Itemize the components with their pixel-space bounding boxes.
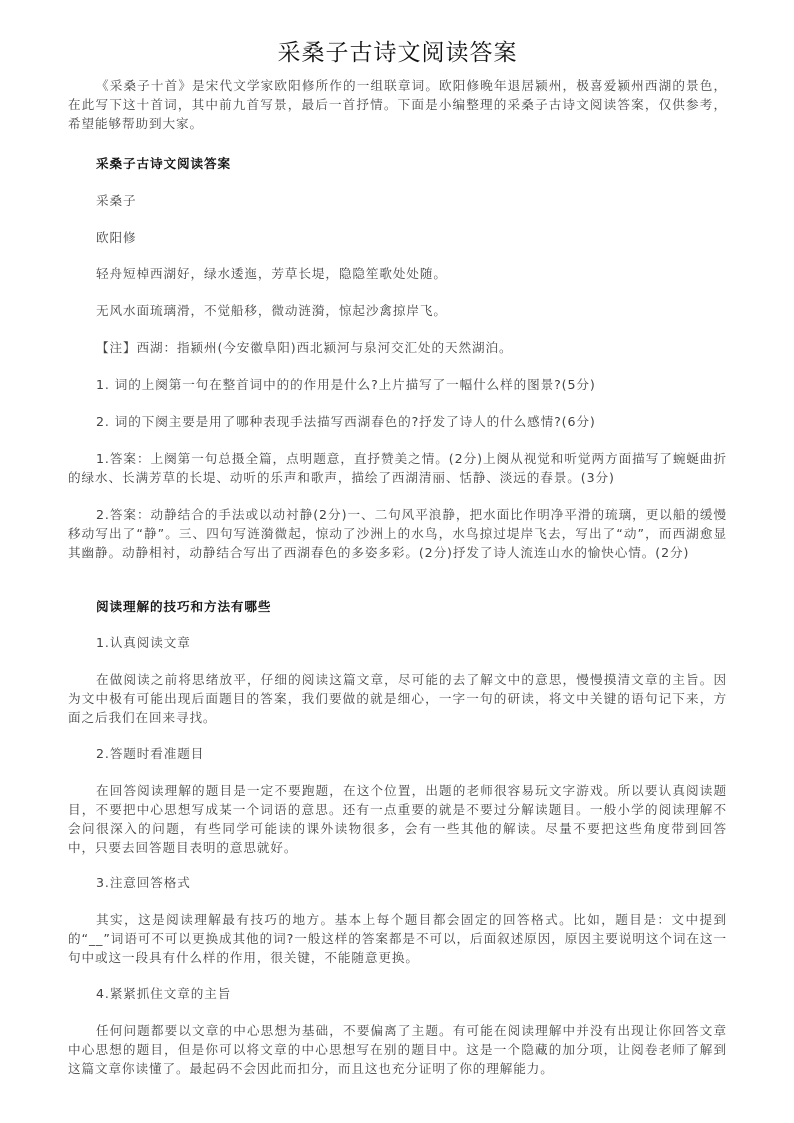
- answer-paragraph: 2.答案：动静结合的手法或以动衬静(2分)一、二句风平浪静，把水面比作明净平滑的…: [68, 505, 727, 562]
- tip-title: 2.答题时看准题目: [96, 744, 755, 763]
- page-title: 采桑子古诗文阅读答案: [68, 34, 727, 67]
- tip-body: 在回答阅读理解的题目是一定不要跑题，在这个位置，出题的老师很容易玩文字游戏。所以…: [68, 781, 727, 857]
- section-heading-answers: 采桑子古诗文阅读答案: [96, 154, 755, 173]
- question-item: 1. 词的上阕第一句在整首词中的的作用是什么?上片描写了一幅什么样的图景?(5分…: [96, 375, 755, 394]
- intro-paragraph: 《采桑子十首》是宋代文学家欧阳修所作的一组联章词。欧阳修晚年退居颍州，极喜爱颍州…: [68, 76, 727, 133]
- poem-line: 无风水面琉璃滑，不觉船移，微动涟漪，惊起沙禽掠岸飞。: [96, 301, 755, 320]
- answer-paragraph: 1.答案：上阕第一句总摄全篇，点明题意，直抒赞美之情。(2分)上阕从视觉和听觉两…: [68, 449, 727, 487]
- tip-title: 3.注意回答格式: [96, 873, 755, 892]
- question-item: 2. 词的下阕主要是用了哪种表现手法描写西湖春色的?抒发了诗人的什么感情?(6分…: [96, 412, 755, 431]
- poem-author: 欧阳修: [96, 228, 755, 247]
- tip-body: 在做阅读之前将思绪放平，仔细的阅读这篇文章，尽可能的去了解文中的意思，慢慢摸清文…: [68, 670, 727, 727]
- tip-body: 其实，这是阅读理解最有技巧的地方。基本上每个题目都会固定的回答格式。比如，题目是…: [68, 910, 727, 967]
- section-heading-tips: 阅读理解的技巧和方法有哪些: [96, 597, 755, 616]
- tip-title: 4.紧紧抓住文章的主旨: [96, 984, 755, 1003]
- tip-body: 任何问题都要以文章的中心思想为基础，不要偏离了主题。有可能在阅读理解中并没有出现…: [68, 1021, 727, 1078]
- tip-title: 1.认真阅读文章: [96, 633, 755, 652]
- poem-title: 采桑子: [96, 191, 755, 210]
- poem-line: 轻舟短棹西湖好，绿水逶迤，芳草长堤，隐隐笙歌处处随。: [96, 264, 755, 283]
- poem-note: 【注】西湖：指颍州(今安徽阜阳)西北颍河与泉河交汇处的天然湖泊。: [96, 338, 755, 357]
